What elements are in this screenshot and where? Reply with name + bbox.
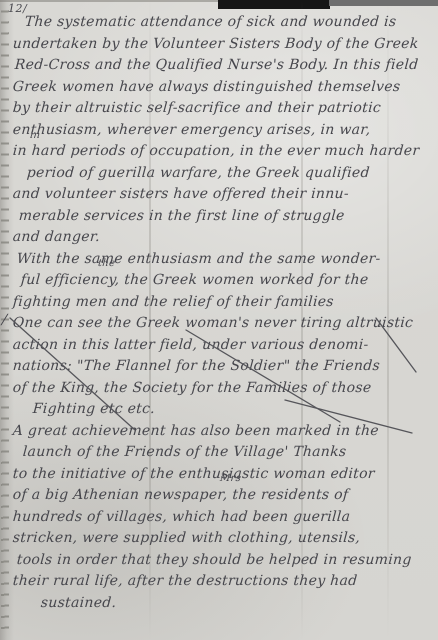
scan-edge-shadow: [0, 0, 220, 2]
interlinear-insertion: in: [29, 130, 40, 141]
manuscript-line: period of guerilla warfare, the Greek qu…: [12, 163, 438, 185]
manuscript-line: launch of the Friends of the Village' Th…: [12, 442, 438, 464]
manuscript-line: Greek women have always distinguished th…: [12, 77, 438, 99]
manuscript-line: A great achievement has also been marked…: [12, 421, 438, 443]
manuscript-line: ful efficiency, the Greek women worked f…: [12, 270, 438, 292]
manuscript-line: fighting men and the relief of their fam…: [12, 292, 438, 314]
manuscript-line: hundreds of villages, which had been gue…: [12, 507, 438, 529]
scan-artifact-grey-strip: [329, 0, 438, 6]
manuscript-line: Red-Cross and the Qualified Nurse's Body…: [12, 55, 438, 77]
manuscript-line: Fighting etc etc.: [12, 399, 438, 421]
manuscript-line: With the same enthusiasm and the same wo…: [12, 249, 438, 271]
manuscript-line: nations: "The Flannel for the Soldier" t…: [12, 356, 438, 378]
interlinear-insertion: the: [97, 258, 115, 269]
manuscript-line: in hard periods of occupation, in the ev…: [12, 141, 438, 163]
manuscript-line: undertaken by the Volunteer Sisters Body…: [12, 34, 438, 56]
manuscript-line: stricken, were supplied with clothing, u…: [12, 528, 438, 550]
manuscript-line: their rural life, after the destructions…: [12, 571, 438, 593]
manuscript-line: The systematic attendance of sick and wo…: [12, 12, 438, 34]
interlinear-insertion: Mrs: [219, 473, 241, 484]
manuscript-line: action in this latter field, under vario…: [12, 335, 438, 357]
manuscript-line: merable services in the first line of st…: [12, 206, 438, 228]
scan-artifact-black-bar: [218, 0, 330, 9]
manuscript-line: of the King, the Society for the Familie…: [12, 378, 438, 400]
manuscript-line: and danger.: [12, 227, 438, 249]
manuscript-line: tools in order that they should be helpe…: [12, 550, 438, 572]
manuscript-line: One can see the Greek woman's never tiri…: [12, 313, 438, 335]
manuscript-line: enthusiasm, wherever emergency arises, i…: [12, 120, 438, 142]
manuscript-line: by their altruistic self-sacrifice and t…: [12, 98, 438, 120]
manuscript-line: sustained.: [12, 593, 438, 615]
manuscript-lines: The systematic attendance of sick and wo…: [12, 12, 438, 614]
manuscript-line: and volunteer sisters have offered their…: [12, 184, 438, 206]
manuscript-line: of a big Athenian newspaper, the residen…: [12, 485, 438, 507]
scanned-manuscript-page: 12/ The systematic attendance of sick an…: [0, 0, 438, 640]
